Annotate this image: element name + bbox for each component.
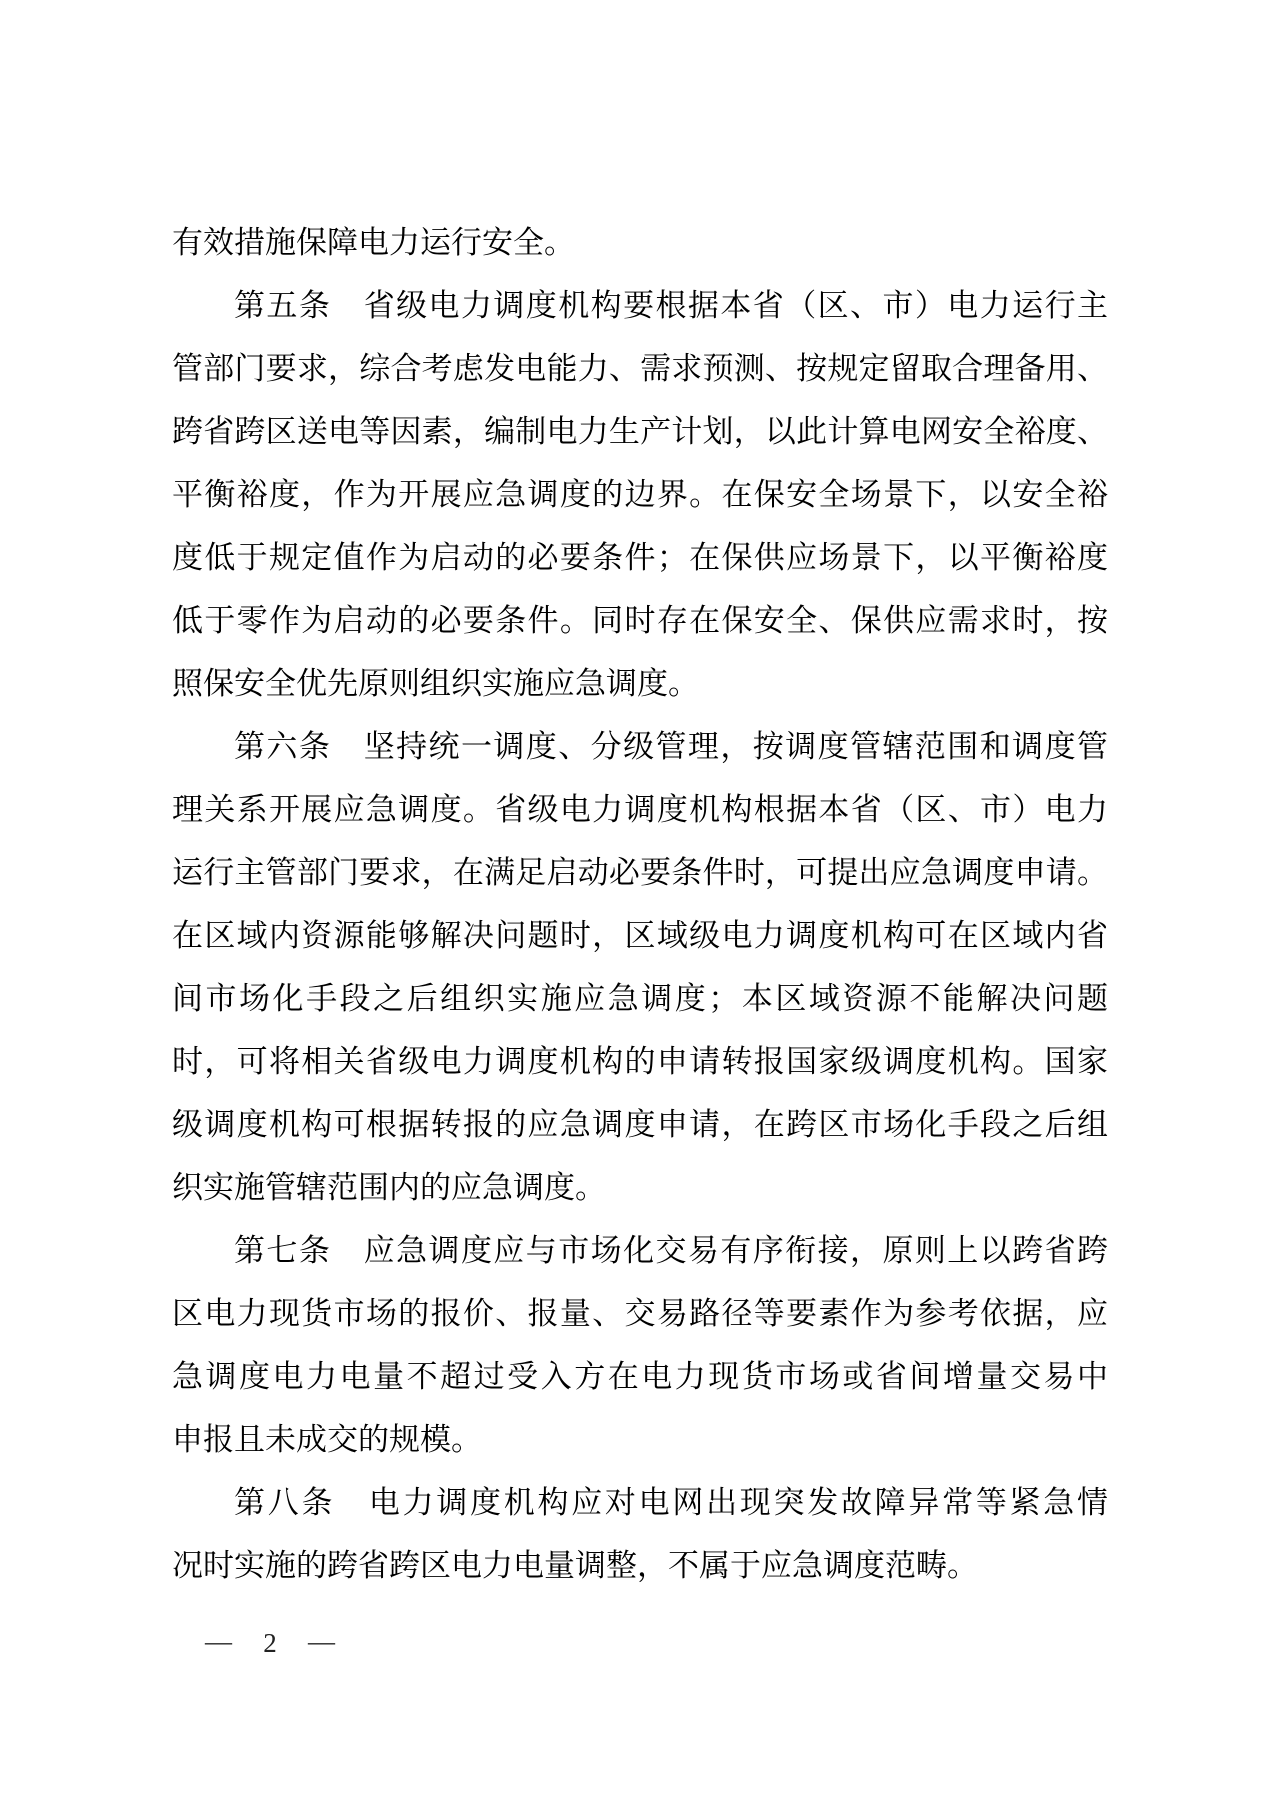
para-article-5-line-6: 低于零作为启动的必要条件。同时存在保安全、保供应需求时，按 <box>172 589 1108 652</box>
para-article-5-line-7: 照保安全优先原则组织实施应急调度。 <box>172 652 1108 715</box>
document-page: 有效措施保障电力运行安全。第五条 省级电力调度机构要根据本省（区、市）电力运行主… <box>0 0 1280 1810</box>
para-article-5-line-5: 度低于规定值作为启动的必要条件；在保供应场景下，以平衡裕度 <box>172 526 1108 589</box>
para-article-7-line-4: 申报且未成交的规模。 <box>172 1408 1108 1471</box>
para-article-6-line-7: 级调度机构可根据转报的应急调度申请，在跨区市场化手段之后组 <box>172 1093 1108 1156</box>
footer-left-dash: — <box>205 1626 232 1657</box>
para-article-8-line-2: 况时实施的跨省跨区电力电量调整，不属于应急调度范畴。 <box>172 1534 1108 1597</box>
para-article-6-line-5: 间市场化手段之后组织实施应急调度；本区域资源不能解决问题 <box>172 967 1108 1030</box>
page-footer: — 2 — <box>205 1621 335 1665</box>
para-article-7-line-1: 第七条 应急调度应与市场化交易有序衔接，原则上以跨省跨 <box>172 1219 1108 1282</box>
para-continuation-line-1: 有效措施保障电力运行安全。 <box>172 211 1108 274</box>
para-article-6-line-8: 织实施管辖范围内的应急调度。 <box>172 1156 1108 1219</box>
para-article-6-line-2: 理关系开展应急调度。省级电力调度机构根据本省（区、市）电力 <box>172 778 1108 841</box>
para-article-6-line-4: 在区域内资源能够解决问题时，区域级电力调度机构可在区域内省 <box>172 904 1108 967</box>
para-article-6-line-3: 运行主管部门要求，在满足启动必要条件时，可提出应急调度申请。 <box>172 841 1108 904</box>
footer-right-dash: — <box>308 1626 335 1657</box>
para-article-5-line-1: 第五条 省级电力调度机构要根据本省（区、市）电力运行主 <box>172 274 1108 337</box>
footer-page-number: 2 <box>263 1628 277 1659</box>
document-body: 有效措施保障电力运行安全。第五条 省级电力调度机构要根据本省（区、市）电力运行主… <box>172 211 1108 1597</box>
para-article-5-line-2: 管部门要求，综合考虑发电能力、需求预测、按规定留取合理备用、 <box>172 337 1108 400</box>
para-article-8-line-1: 第八条 电力调度机构应对电网出现突发故障异常等紧急情 <box>172 1471 1108 1534</box>
para-article-6-line-1: 第六条 坚持统一调度、分级管理，按调度管辖范围和调度管 <box>172 715 1108 778</box>
para-article-7-line-3: 急调度电力电量不超过受入方在电力现货市场或省间增量交易中 <box>172 1345 1108 1408</box>
para-article-5-line-4: 平衡裕度，作为开展应急调度的边界。在保安全场景下，以安全裕 <box>172 463 1108 526</box>
para-article-6-line-6: 时，可将相关省级电力调度机构的申请转报国家级调度机构。国家 <box>172 1030 1108 1093</box>
para-article-7-line-2: 区电力现货市场的报价、报量、交易路径等要素作为参考依据，应 <box>172 1282 1108 1345</box>
para-article-5-line-3: 跨省跨区送电等因素，编制电力生产计划，以此计算电网安全裕度、 <box>172 400 1108 463</box>
